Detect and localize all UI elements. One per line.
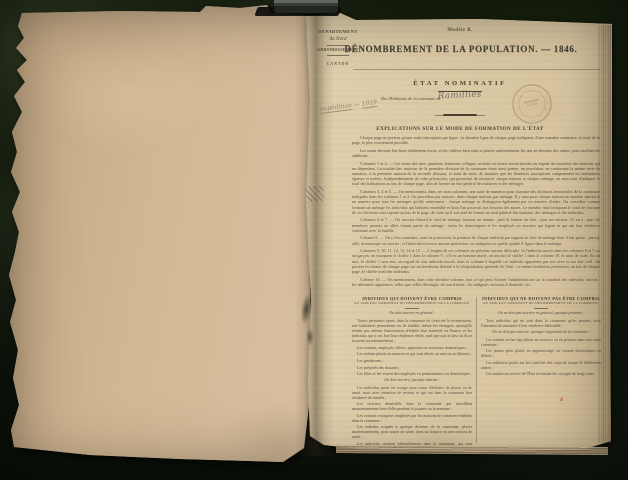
book-clamp	[274, 0, 338, 13]
pencil-number: 1919	[361, 99, 377, 109]
explanation-paragraph: Les noms devront être bien lisiblement é…	[352, 148, 600, 158]
ornament-divider	[443, 114, 477, 116]
explanation-paragraph: Colonnes 1 et 2. — Les noms des rues, qu…	[352, 161, 600, 187]
explanation-paragraph: Colonnes 6 et 7. — On inscrira d'abord l…	[352, 217, 600, 233]
column-divider-rule	[476, 297, 477, 443]
canton-label: CANTON	[315, 62, 361, 66]
exclude-item: Les marins au service de l'État ou faisa…	[481, 371, 601, 376]
spine-stain-small	[306, 328, 314, 346]
exclude-header-line2: AU TABLEAU NOMINATIF DU DÉNOMBREMENT DE …	[481, 301, 601, 305]
rule	[405, 308, 419, 309]
include-item: Les préposés des douanes ;	[352, 365, 472, 370]
exclude-item: Tous individus qui ne sont dans la commu…	[481, 318, 601, 328]
include-item: Les individus partis en voyage pour caus…	[352, 385, 472, 400]
exclude-item: Les jeunes gens placés en apprentissage …	[481, 348, 601, 358]
page-title: DÉNOMBREMENT DE LA POPULATION. — 1846.	[330, 44, 592, 54]
exclude-column: INDIVIDUS QUI NE DOIVENT PAS ÊTRE COMPRI…	[481, 296, 601, 448]
include-item: Les enfants placés en nourrice et qui so…	[352, 351, 472, 356]
pencil-word: expédition	[320, 102, 353, 114]
include-item: Les malades soignés à quelque distance d…	[352, 424, 472, 439]
include-lead2: On doit inscrire, quoique absents :	[352, 378, 472, 383]
explanation-paragraph: Colonne 8. — On y fera connaître, outre …	[352, 235, 600, 245]
exclude-lead1: On ne doit pas inscrire en général, quoi…	[481, 311, 601, 316]
exclude-item: Les militaires portés sur les contrôles …	[481, 360, 601, 370]
include-item: Les ouvriers domiciliés dans la commune …	[352, 401, 472, 411]
explanations-body: Chaque page ne portera qu'une seule insc…	[352, 135, 600, 295]
rule-under-title	[353, 69, 600, 70]
rule	[534, 308, 548, 309]
exclude-item: Les enfants en bas âge placés en nourric…	[481, 337, 601, 347]
include-item: Les commis voyageurs employés par les ma…	[352, 413, 472, 423]
include-intro: Toutes personnes ayant, dans la commune …	[352, 318, 472, 343]
include-header-line2: AU TABLEAU NOMINATIF DU DÉNOMBREMENT DE …	[352, 301, 472, 305]
spine-stain	[299, 292, 314, 325]
pencil-annotation: expédition — 1919	[320, 96, 400, 113]
include-item: Les commis, employés, élèves, apprentis …	[352, 345, 472, 350]
subtitle: ÉTAT NOMINATIF	[330, 80, 590, 87]
explanation-paragraph: Colonnes 3, 4 et 5. — On mentionnera, da…	[352, 189, 600, 215]
pencil-hatch-marks	[305, 185, 325, 203]
include-item: Les individus résidant habituellement da…	[352, 441, 472, 448]
book-spine-crease	[294, 8, 334, 456]
rule	[327, 55, 349, 56]
exclude-lead2: On ne doit pas inscrire, quoique origina…	[481, 330, 601, 335]
archival-book-scan: DÉPARTEMENT du Nord ARRONDISSEMENT CANTO…	[0, 0, 628, 480]
explanation-paragraph: Chaque page ne portera qu'une seule insc…	[352, 135, 600, 145]
include-item: Les filles et les veuves des employés ou…	[352, 371, 472, 376]
archival-stamp-icon	[507, 79, 557, 129]
explanations-heading: EXPLICATIONS SUR LE MODE DE FORMATION DE…	[330, 126, 590, 132]
model-label: Modèle B.	[330, 28, 590, 33]
explanation-paragraph: Colonnes 9, 10, 11, 12, 13, 14 et 15. — …	[352, 248, 600, 274]
department-value: du Nord	[315, 36, 361, 42]
explanation-paragraph: Colonne 16. — On mentionnera, dans cette…	[352, 277, 600, 287]
include-column: INDIVIDUS QUI DOIVENT ÊTRE COMPRIS AU TA…	[352, 296, 472, 448]
include-item: Les gendarmes ;	[352, 358, 472, 363]
include-lead1: On doit inscrire en général :	[352, 311, 472, 316]
